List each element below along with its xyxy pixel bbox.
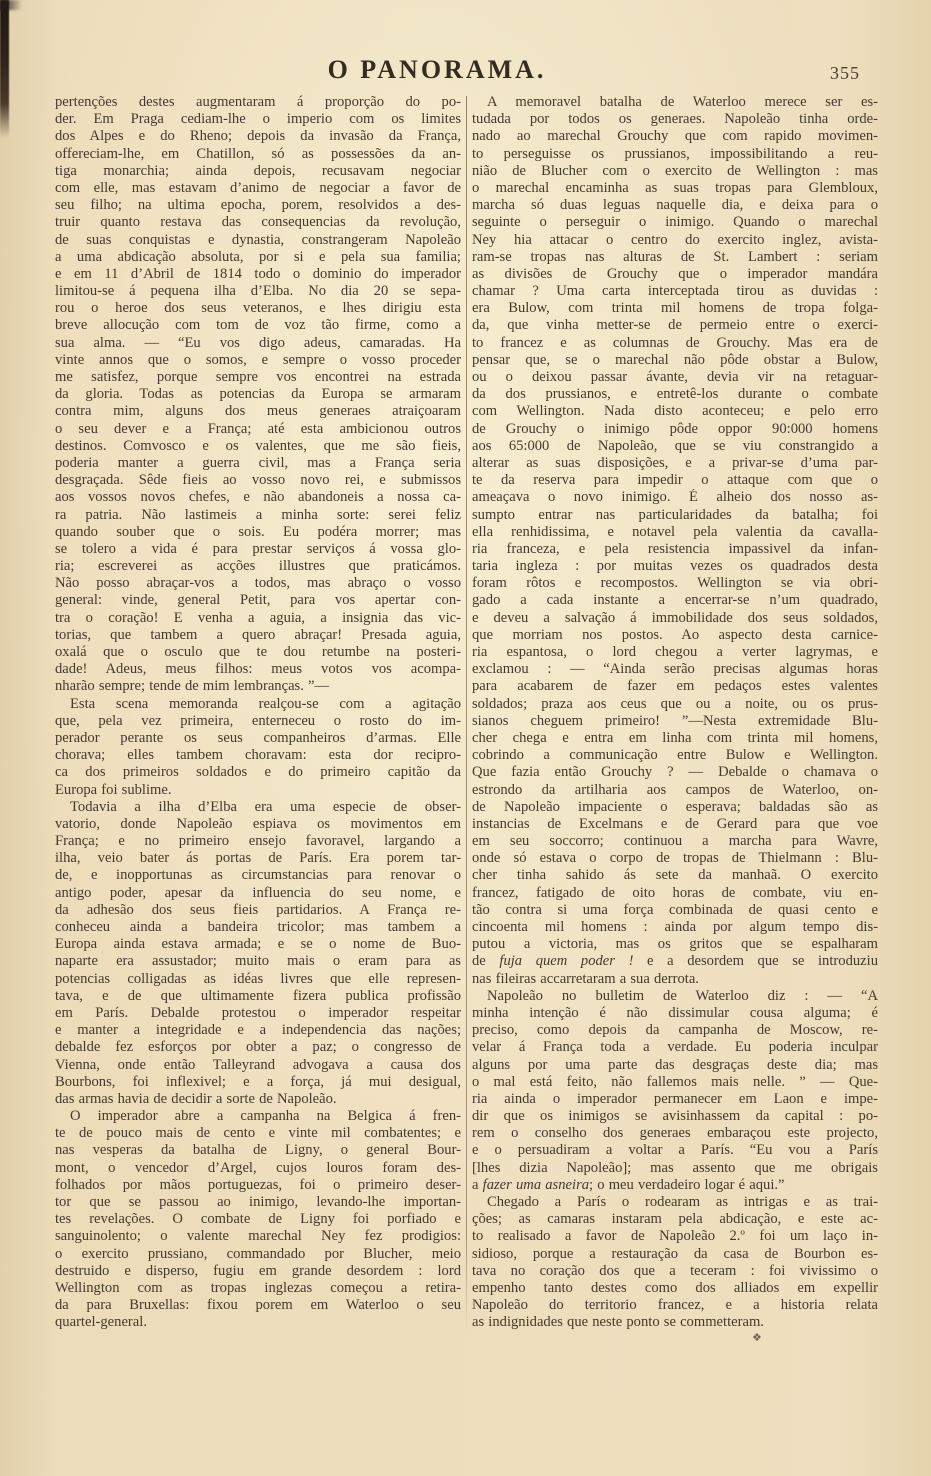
scanned-page: O PANORAMA. 355 pertenções destes augmen… bbox=[0, 0, 931, 1476]
text-line: as divisões de Grouchy que o imperador m… bbox=[472, 266, 878, 283]
text-line: instancias de Excelmans e de Gerard para… bbox=[472, 816, 878, 833]
text-line: te de pouco mais de cento e vinte mil co… bbox=[55, 1125, 461, 1142]
text-line: der. Em Praga cediam-lhe o imperio com o… bbox=[55, 111, 461, 128]
text-line: folhados por mãos portuguezas, foi o pri… bbox=[55, 1177, 461, 1194]
text-line: te da reserva para impedir o attaque com… bbox=[472, 472, 878, 489]
text-line: general: vinde, general Petit, para vos … bbox=[55, 592, 461, 609]
text-line: cincoenta mil homens : ainda por algum t… bbox=[472, 919, 878, 936]
text-line: tava, e de que ultimamente fizera public… bbox=[55, 988, 461, 1005]
text-line: breve allocução com tom de voz tão firme… bbox=[55, 317, 461, 334]
text-line: de Grouchy o inimigo pôde oppor 90:000 h… bbox=[472, 421, 878, 438]
text-line: sidioso, porque a restauração da casa de… bbox=[472, 1246, 878, 1263]
text-line: sanguinolento; o valente marechal Ney fe… bbox=[55, 1228, 461, 1245]
text-line: foram rôtos e recompostos. Wellington se… bbox=[472, 575, 878, 592]
text-line: que morriam nos postos. Ao aspecto desta… bbox=[472, 627, 878, 644]
text-line: dade! Adeus, meus filhos: meus votos vos… bbox=[55, 661, 461, 678]
text-line: em París. Debalde protestou o imperador … bbox=[55, 1005, 461, 1022]
text-line: Europa foi sublime. bbox=[55, 782, 461, 799]
text-line: perador perante os seus companheiros d’a… bbox=[55, 730, 461, 747]
text-line: ria ainda o imperador permanecer em Laon… bbox=[472, 1091, 878, 1108]
text-line: pertenções destes augmentaram á proporçã… bbox=[55, 94, 461, 111]
text-line: offereciam-lhe, em Chatillon, só as poss… bbox=[55, 146, 461, 163]
text-line: ria espantosa, o lord chegou a verter la… bbox=[472, 644, 878, 661]
text-line: alguns por uma parte das desgraças deste… bbox=[472, 1057, 878, 1074]
masthead-title: O PANORAMA. bbox=[328, 55, 547, 85]
text-line: Napoleão do territorio francez, e a hist… bbox=[472, 1297, 878, 1314]
text-line: nião de Blucher com o exercito de Wellin… bbox=[472, 163, 878, 180]
text-line: tava no coração dos que a teceram : foi … bbox=[472, 1263, 878, 1280]
text-line: torias, que tambem a quero abraçar! Pres… bbox=[55, 627, 461, 644]
text-line: as indignidades que neste ponto se comme… bbox=[472, 1314, 878, 1331]
text-line: o mal está feito, não fallemos mais nell… bbox=[472, 1074, 878, 1091]
text-line: de Napoleão impaciente o esperava; balda… bbox=[472, 799, 878, 816]
text-line: marcha só duas leguas naquelle dia, e de… bbox=[472, 197, 878, 214]
text-line: ca dos primeiros soldados e do primeiro … bbox=[55, 764, 461, 781]
text-line: mont, o vencedor d’Argel, cujos louros f… bbox=[55, 1160, 461, 1177]
text-line: de, e inopportunas as circumstancias par… bbox=[55, 867, 461, 884]
text-line: e o persuadiram a voltar a París. “Eu vo… bbox=[472, 1142, 878, 1159]
text-column-left: pertenções destes augmentaram á proporçã… bbox=[55, 94, 461, 1332]
text-line: era Bulow, com trinta mil homens de trop… bbox=[472, 300, 878, 317]
column-divider bbox=[466, 96, 467, 1332]
text-line: que, pela vez primeira, enterneceu o ros… bbox=[55, 713, 461, 730]
text-line: pensar que, se o marechal não pôde obsta… bbox=[472, 352, 878, 369]
text-line: destruido e disperso, fugiu em grande de… bbox=[55, 1263, 461, 1280]
text-line: [lhes dizia Napoleão]; mas assento que m… bbox=[472, 1160, 878, 1177]
text-line: Que fazia então Grouchy ? — Debalde o ch… bbox=[472, 764, 878, 781]
text-line: sua alma. — “Eu vos digo adeus, camarada… bbox=[55, 335, 461, 352]
article-body: pertenções destes augmentaram á proporçã… bbox=[55, 94, 878, 1332]
text-line: limitou-se á pequena ilha d’Elba. No dia… bbox=[55, 283, 461, 300]
text-line: aos 65:000 de Napoleão, que se viu const… bbox=[472, 438, 878, 455]
text-line: seu filho; na ultima epocha, porem, reso… bbox=[55, 197, 461, 214]
text-column-right: A memoravel batalha de Waterloo merece s… bbox=[472, 94, 878, 1332]
text-line: O imperador abre a campanha na Belgica á… bbox=[55, 1108, 461, 1125]
text-line: rou o heroe dos seus veteranos, e lhes d… bbox=[55, 300, 461, 317]
text-line: vinte annos que o somos, e sempre o voss… bbox=[55, 352, 461, 369]
text-line: o marechal encaminha as suas tropas para… bbox=[472, 180, 878, 197]
text-line: putou a victoria, mas os gritos que se e… bbox=[472, 936, 878, 953]
text-line: naparte era assustador; muito mais o era… bbox=[55, 953, 461, 970]
text-line: seguinte o perseguir o inimigo. Quando o… bbox=[472, 214, 878, 231]
text-line: sianos cheguem primeiro! ”—Nesta extremi… bbox=[472, 713, 878, 730]
text-line: cher tinha sahido ás sete da manhaã. O e… bbox=[472, 867, 878, 884]
text-line: to francez e as columnas de Grouchy. Mas… bbox=[472, 335, 878, 352]
text-line: chorava; elles tambem choravam: esta dor… bbox=[55, 747, 461, 764]
text-line: Chegado a París o rodearam as intrigas e… bbox=[472, 1194, 878, 1211]
text-line: tor que se passou ao inimigo, levando-lh… bbox=[55, 1194, 461, 1211]
text-line: Vienna, onde então Talleyrand advogava a… bbox=[55, 1057, 461, 1074]
text-line: da dos prussianos, e entretê-los durante… bbox=[472, 386, 878, 403]
text-line: desgraçada. Sêde fieis ao vosso novo rei… bbox=[55, 472, 461, 489]
text-line: nado ao marechal Grouchy que com rapido … bbox=[472, 128, 878, 145]
text-line: ram-se tropas nas alturas de St. Lambert… bbox=[472, 249, 878, 266]
text-line: poderia manter a guerra civil, mas a Fra… bbox=[55, 455, 461, 472]
text-line: tes revelações. O combate de Ligny foi p… bbox=[55, 1211, 461, 1228]
text-line: de fuja quem poder ! e a desordem que se… bbox=[472, 953, 878, 970]
text-line: ra patria. Não lastimeis a minha sorte: … bbox=[55, 507, 461, 524]
text-line: se tolero a vida é para prestar serviços… bbox=[55, 541, 461, 558]
text-line: o seu dever e a França; até esta ambicio… bbox=[55, 421, 461, 438]
text-line: debalde fez esforços por obter a paz; o … bbox=[55, 1039, 461, 1056]
text-line: potencias colligadas as idéas livres que… bbox=[55, 971, 461, 988]
text-line: vatorio, donde Napoleão espiava os movim… bbox=[55, 816, 461, 833]
text-line: e em 11 d’Abril de 1814 todo o dominio d… bbox=[55, 266, 461, 283]
text-line: velar á França toda a verdade. Eu poderi… bbox=[472, 1039, 878, 1056]
text-line: francez, fatigado de oito horas de comba… bbox=[472, 885, 878, 902]
text-line: chamar ? Uma carta interceptada tirou as… bbox=[472, 283, 878, 300]
text-line: to perseguisse os prussianos, impossibil… bbox=[472, 146, 878, 163]
text-line: aos vossos novos chefes, e não abandonei… bbox=[55, 489, 461, 506]
text-line: nas fileiras accarretaram a sua derrota. bbox=[472, 971, 878, 988]
text-line: ções; as camaras instaram pela abdicação… bbox=[472, 1211, 878, 1228]
text-line: Napoleão no bulletim de Waterloo diz : —… bbox=[472, 988, 878, 1005]
text-line: soldados; praza aos ceus que ou a noite,… bbox=[472, 696, 878, 713]
text-line: em seu soccorro; continuou a marcha para… bbox=[472, 833, 878, 850]
text-line: ameaçava o novo inimigo. É alheio dos no… bbox=[472, 489, 878, 506]
text-line: ria; escreverei as acções illustres que … bbox=[55, 558, 461, 575]
text-line: A memoravel batalha de Waterloo merece s… bbox=[472, 94, 878, 111]
text-line: gado a cada instante a encerrar-se n’um … bbox=[472, 592, 878, 609]
text-line: o exercito prussiano, commandado por Blu… bbox=[55, 1246, 461, 1263]
text-line: quartel-general. bbox=[55, 1314, 461, 1331]
text-line: preciso, como depois da campanha de Mosc… bbox=[472, 1022, 878, 1039]
text-line: Todavia a ilha d’Elba era uma especie de… bbox=[55, 799, 461, 816]
text-line: Wellington com as tropas inglezas começo… bbox=[55, 1280, 461, 1297]
text-line: quando souber que o sois. Eu podéra morr… bbox=[55, 524, 461, 541]
text-line: conheceu ainda a bandeira tricolor; mas … bbox=[55, 919, 461, 936]
text-line: a fazer uma asneira; o meu verdadeiro lo… bbox=[472, 1177, 878, 1194]
page-number: 355 bbox=[830, 63, 860, 84]
text-line: dir que os inimigos se avisinhassem da c… bbox=[472, 1108, 878, 1125]
text-line: minha intenção é não dissimular cousa al… bbox=[472, 1005, 878, 1022]
text-line: Ney hia attacar o centro do exercito ing… bbox=[472, 232, 878, 249]
text-line: ilha, veio bater ás portas de París. Era… bbox=[55, 850, 461, 867]
text-line: ria franceza, e pela resistencia impassi… bbox=[472, 541, 878, 558]
text-line: cobrindo a communicação entre Bulow e We… bbox=[472, 747, 878, 764]
end-ornament: ❖ bbox=[752, 1331, 762, 1344]
text-line: cher chega e entra em linha com trinta m… bbox=[472, 730, 878, 747]
text-line: truir quanto restava das consequencias d… bbox=[55, 214, 461, 231]
text-line: sumpto entrar nas particularidades da ba… bbox=[472, 507, 878, 524]
text-line: da gloria. Todas as potencias da Europa … bbox=[55, 386, 461, 403]
text-line: tra o coração! E venha a aguia, a insign… bbox=[55, 610, 461, 627]
text-line: das armas havia de decidir a sorte de Na… bbox=[55, 1091, 461, 1108]
text-line: da, que vinha metter-se de permeio entre… bbox=[472, 317, 878, 334]
text-line: rem o conselho dos generaes embaraçou es… bbox=[472, 1125, 878, 1142]
text-line: tudada por todos os generaes. Napoleão t… bbox=[472, 111, 878, 128]
text-line: com Wellington. Nada disto aconteceu; e … bbox=[472, 403, 878, 420]
text-line: ou o deixou passar ávante, devia vir na … bbox=[472, 369, 878, 386]
text-line: nas vesperas da batalha de Ligny, o gene… bbox=[55, 1142, 461, 1159]
text-line: Esta scena memoranda realçou-se com a ag… bbox=[55, 696, 461, 713]
text-line: Europa ainda estava armada; e se o nome … bbox=[55, 936, 461, 953]
text-line: para acabarem de fazer em pedaços estes … bbox=[472, 678, 878, 695]
text-line: Bourbons, foi inflexivel; e a força, já … bbox=[55, 1074, 461, 1091]
text-line: destinos. Comvosco e os valentes, que me… bbox=[55, 438, 461, 455]
text-line: França; e no primeiro ensejo favoravel, … bbox=[55, 833, 461, 850]
text-line: empenho tanto destes como dos alliados e… bbox=[472, 1280, 878, 1297]
text-line: antigo poder, apesar da influencia do se… bbox=[55, 885, 461, 902]
text-line: me satisfez, porque sempre vos encontrei… bbox=[55, 369, 461, 386]
text-line: tiga monarchia; ainda depois, recusavam … bbox=[55, 163, 461, 180]
text-line: onde só estava o corpo de tropas de Thie… bbox=[472, 850, 878, 867]
text-line: estrondo da artilharia aos campos de Wat… bbox=[472, 782, 878, 799]
text-line: dos Alpes e do Rheno; depois da invasão … bbox=[55, 128, 461, 145]
text-line: taria ingleza : por muitas vezes os quad… bbox=[472, 558, 878, 575]
text-line: ella renhidissima, e notavel pela valent… bbox=[472, 524, 878, 541]
text-line: to realisado a favor de Napoleão 2.º foi… bbox=[472, 1228, 878, 1245]
text-line: da para Bruxellas: fixou porem em Waterl… bbox=[55, 1297, 461, 1314]
text-line: da adhesão dos seus fieis partidarios. A… bbox=[55, 902, 461, 919]
text-line: contra mim, alguns dos meus generaes atr… bbox=[55, 403, 461, 420]
text-line: oxalá que o osculo que te dou retumbe na… bbox=[55, 644, 461, 661]
text-line: exclamou : — “Ainda serão precisas algum… bbox=[472, 661, 878, 678]
text-line: alterar as suas disposições, e a privar-… bbox=[472, 455, 878, 472]
text-line: a uma abdicação absoluta, por si e pela … bbox=[55, 249, 461, 266]
page-header: O PANORAMA. 355 bbox=[0, 0, 931, 94]
text-line: de suas conquistas e dynastia, constrang… bbox=[55, 232, 461, 249]
text-line: nharão sempre; tende de mim lembranças. … bbox=[55, 678, 461, 695]
text-line: Não posso abraçar-vos a todos, mas abraç… bbox=[55, 575, 461, 592]
text-line: tão contra si uma força combinada de qua… bbox=[472, 902, 878, 919]
text-line: e deveu a salvação á immobilidade dos se… bbox=[472, 610, 878, 627]
text-line: com elle, mas estavam d’animo de negocia… bbox=[55, 180, 461, 197]
text-line: e manter a integridade e a independencia… bbox=[55, 1022, 461, 1039]
